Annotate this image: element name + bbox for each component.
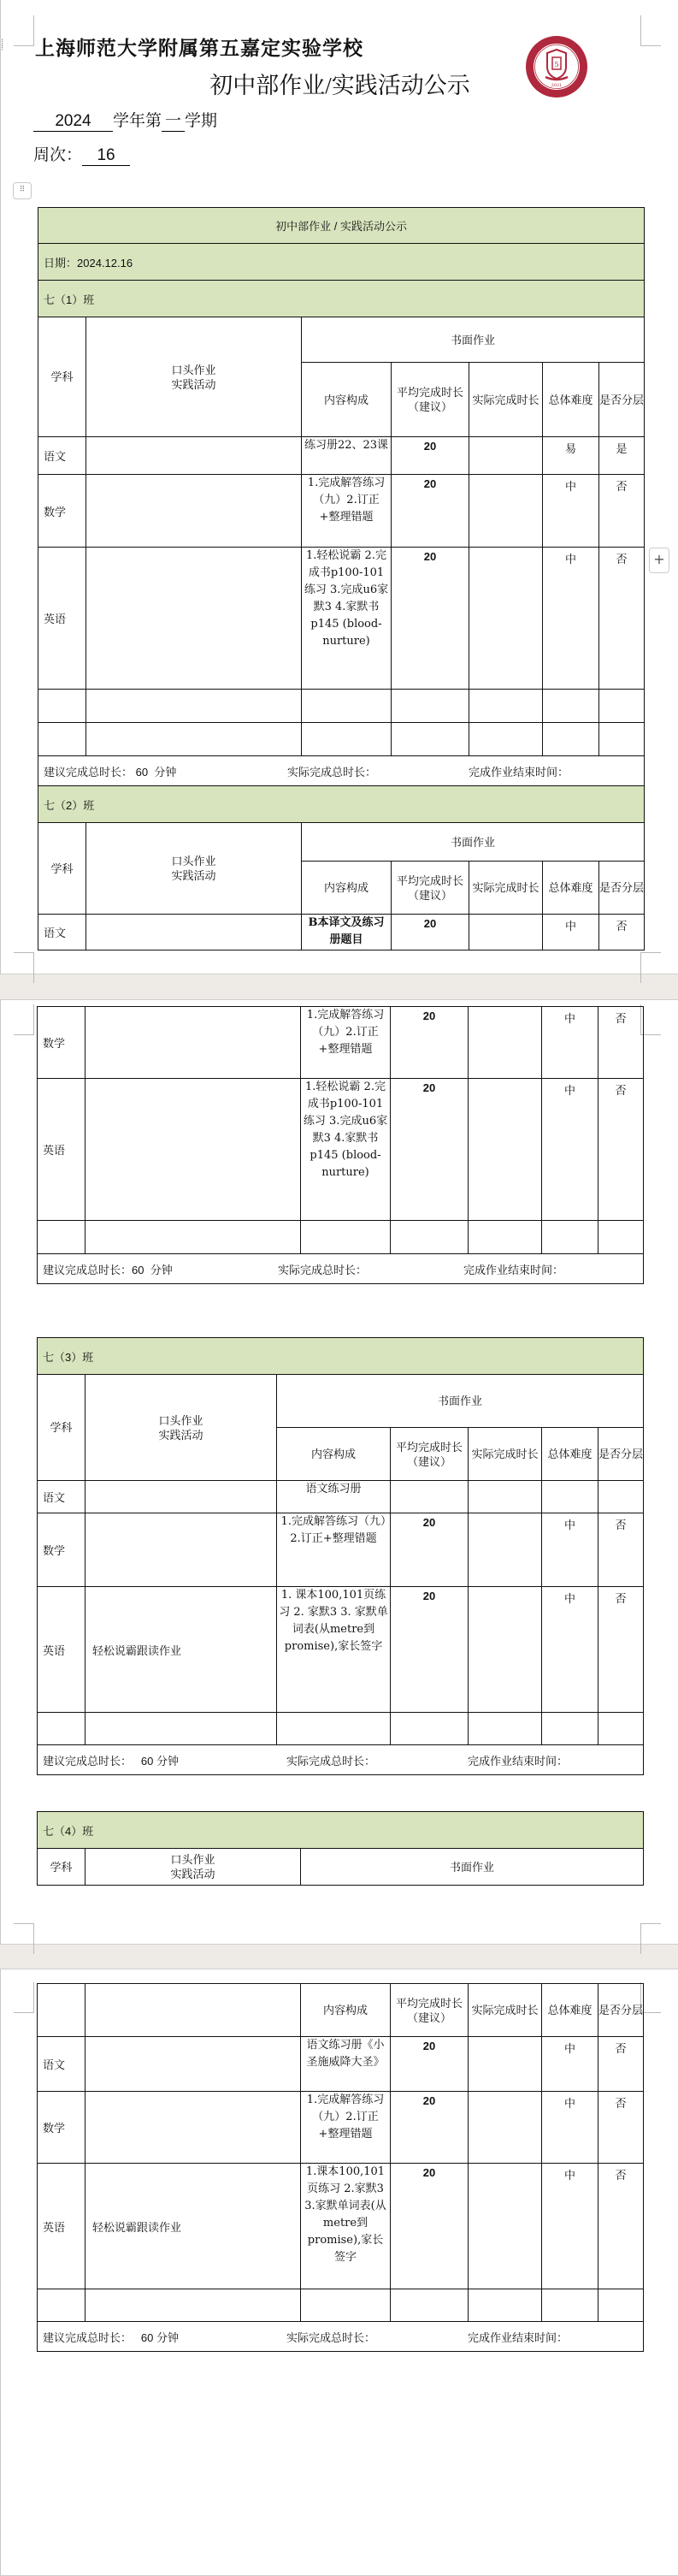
table-row: 语文 练习册22、23课 20 易 是 <box>38 437 645 475</box>
drag-dots-icon[interactable]: ⁝⁝ <box>1 39 3 51</box>
class-header-7-4: 七（4）班 <box>38 1812 644 1849</box>
table-row: 英语 1.轻松说霸 2.完成书p100-101练习 3.完成u6家默3 4.家默… <box>38 1079 644 1221</box>
table-row-empty <box>38 1221 644 1254</box>
table-row: 数学 1.完成解答练习（九）2.订正+整理错题 20 中 否 <box>38 2092 644 2164</box>
margin-corner-mark <box>14 15 34 46</box>
table-row-empty <box>38 690 645 723</box>
class-header-7-3: 七（3）班 <box>38 1338 644 1375</box>
school-name: 上海师范大学附属第五嘉定实验学校 <box>35 33 363 61</box>
col-header-layered: 是否分层 <box>599 363 645 437</box>
oral-cell[interactable] <box>86 437 302 475</box>
summary-row-7-2: 建议完成总时长：60 分钟实际完成总时长：完成作业结束时间： <box>38 1254 644 1284</box>
table-drag-handle-icon[interactable]: ⠿ <box>13 182 32 199</box>
homework-table-page1: 初中部作业 / 实践活动公示 日期：2024.12.16 七（1）班 学科 口头… <box>38 207 645 950</box>
table-row: 数学 1.完成解答练习（九）2.订正+整理错题 20 中 否 <box>38 1513 644 1587</box>
col-header-actual-time: 实际完成时长 <box>469 363 543 437</box>
table-row-empty <box>38 1713 644 1745</box>
col-header-avg-time: 平均完成时长（建议） <box>392 363 469 437</box>
week-line: 周次：16 <box>33 142 130 166</box>
homework-table-7-4-header: 七（4）班 学科 口头作业实践活动 书面作业 <box>37 1811 644 1886</box>
table-row-empty <box>38 2289 644 2322</box>
homework-table-7-4: 内容构成 平均完成时长（建议） 实际完成时长 总体难度 是否分层 语文 语文练习… <box>37 1983 644 2352</box>
school-emblem-icon: 5 2021 <box>524 34 589 99</box>
table-row: 语文 B本译文及练习册题目 20 中 否 <box>38 915 645 950</box>
summary-row-7-1: 建议完成总时长： 60 分钟实际完成总时长：完成作业结束时间： <box>38 756 645 786</box>
term-field[interactable]: 一 <box>162 108 185 132</box>
margin-corner-mark <box>14 952 34 983</box>
margin-corner-mark <box>640 952 661 983</box>
table-row-empty <box>38 723 645 756</box>
margin-corner-mark <box>14 1982 34 2013</box>
summary-row-7-3: 建议完成总时长： 60 分钟实际完成总时长：完成作业结束时间： <box>38 1745 644 1775</box>
class-header-7-2: 七（2）班 <box>38 786 645 823</box>
margin-corner-mark <box>14 1004 34 1035</box>
homework-table-7-2-continued: 数学 1.完成解答练习（九）2.订正+整理错题 20 中 否 英语 1.轻松说霸… <box>37 1006 644 1284</box>
table-row: 英语 轻松说霸跟读作业 1. 课本100,101页练习 2. 家默3 3. 家默… <box>38 1587 644 1713</box>
summary-row-7-4: 建议完成总时长： 60 分钟实际完成总时长：完成作业结束时间： <box>38 2322 644 2352</box>
margin-corner-mark <box>14 1923 34 1954</box>
class-header-7-1: 七（1）班 <box>38 281 645 317</box>
svg-text:5: 5 <box>554 61 558 68</box>
col-header-oral: 口头作业实践活动 <box>86 317 302 437</box>
table-row: 数学 1.完成解答练习（九）2.订正+整理错题 20 中 否 <box>38 475 645 548</box>
col-header-subject: 学科 <box>38 317 86 437</box>
table-row: 语文 语文练习册《小圣施威降大圣》 20 中 否 <box>38 2037 644 2092</box>
table-row: 英语 1.轻松说霸 2.完成书p100-101练习 3.完成u6家默3 4.家默… <box>38 548 645 690</box>
week-field[interactable]: 16 <box>82 146 130 166</box>
table-row: 语文 语文练习册 <box>38 1481 644 1513</box>
date-row: 日期：2024.12.16 <box>38 244 645 281</box>
margin-corner-mark <box>640 15 661 46</box>
school-year-field[interactable]: 2024 <box>33 112 113 132</box>
homework-table-7-3: 七（3）班 学科 口头作业实践活动 书面作业 内容构成 平均完成时长（建议） 实… <box>37 1337 644 1775</box>
table-banner-title: 初中部作业 / 实践活动公示 <box>38 208 645 244</box>
svg-text:2021: 2021 <box>551 83 563 88</box>
document-page-1: ⁝⁝ 上海师范大学附属第五嘉定实验学校 初中部作业/实践活动公示 5 2021 … <box>0 0 678 974</box>
table-row: 数学 1.完成解答练习（九）2.订正+整理错题 20 中 否 <box>38 1007 644 1079</box>
margin-corner-mark <box>640 1923 661 1954</box>
col-header-difficulty: 总体难度 <box>543 363 599 437</box>
school-year-line: 2024学年第一学期 <box>33 108 217 132</box>
table-row: 英语 轻松说霸跟读作业 1.课本100,101页练习 2.家默3 3.家默单词表… <box>38 2164 644 2289</box>
col-header-content: 内容构成 <box>302 363 392 437</box>
col-header-written: 书面作业 <box>302 317 645 363</box>
add-row-icon[interactable]: + <box>649 548 669 573</box>
